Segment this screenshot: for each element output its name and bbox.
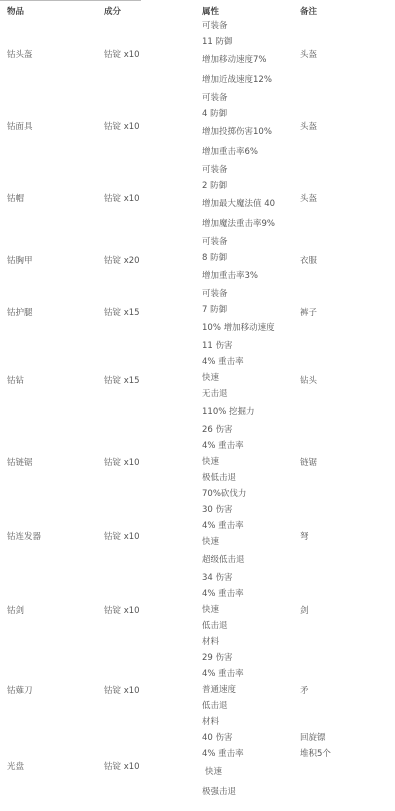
attribute: 增加最大魔法值 40 [202,194,300,214]
attribute: 29 伤害 [202,650,300,666]
item-name: 钴护腿 [7,306,33,318]
attribute: 可装备 [202,18,300,34]
table-row: 钴剑 钴锭 x10 34 伤害 4% 重击率 快速 低击退 材料 剑 [0,570,395,650]
header-ingredients: 成分 [104,5,121,17]
header-notes: 备注 [300,5,317,17]
item-notes: 弩 [300,530,309,542]
table-row: 钴胸甲 钴锭 x20 可装备 8 防御 增加重击率3% 衣服 [0,234,395,286]
table-row: 钴头盔 钴锭 x10 可装备 11 防御 增加移动速度7% 增加近战速度12% … [0,18,395,90]
attribute: 110% 挖掘力 [202,402,300,422]
attribute: 26 伤害 [202,422,300,438]
attribute: 可装备 [202,162,300,178]
item-ingredients: 钴锭 x15 [104,306,140,318]
item-ingredients: 钴锭 x10 [104,604,140,616]
item-attributes: 29 伤害 4% 重击率 普通速度 低击退 材料 [202,650,300,730]
attribute: 快速 [202,762,300,782]
attribute: 快速 [202,602,300,618]
table-row: 光盘 钴锭 x10 40 伤害 4% 重击率 快速 极强击退 回旋镖 堆积5个 [0,730,395,802]
item-attributes: 30 伤害 4% 重击率 快速 超级低击退 [202,502,300,570]
item-attributes: 26 伤害 4% 重击率 快速 极低击退 70%砍伐力 [202,422,300,502]
item-notes: 链锯 [300,456,317,468]
attribute: 2 防御 [202,178,300,194]
table-row: 钴护腿 钴锭 x15 可装备 7 防御 10% 增加移动速度 裤子 [0,286,395,338]
attribute: 低击退 [202,698,300,714]
table-header: 物品 成分 属性 备注 [0,0,395,18]
items-table: 物品 成分 属性 备注 钴头盔 钴锭 x10 可装备 11 防御 增加移动速度7… [0,0,395,802]
attribute: 增加投掷伤害10% [202,122,300,142]
attribute: 8 防御 [202,250,300,266]
item-notes: 裤子 [300,306,317,318]
attribute: 可装备 [202,234,300,250]
item-name: 钴钻 [7,374,24,386]
item-name: 钴帽 [7,192,24,204]
attribute: 4% 重击率 [202,746,300,762]
table-row: 钴链锯 钴锭 x10 26 伤害 4% 重击率 快速 极低击退 70%砍伐力 链… [0,422,395,502]
item-name: 钴剑 [7,604,24,616]
item-ingredients: 钴锭 x10 [104,192,140,204]
attribute: 快速 [202,454,300,470]
item-name: 钴头盔 [7,48,33,60]
item-name: 钴链锯 [7,456,33,468]
item-name: 钴胸甲 [7,254,33,266]
attribute: 极低击退 [202,470,300,486]
note-line: 堆积5个 [300,746,331,762]
item-name: 光盘 [7,760,24,772]
item-notes: 剑 [300,604,309,616]
item-attributes: 40 伤害 4% 重击率 快速 极强击退 [202,730,300,802]
attribute: 增加近战速度12% [202,70,300,90]
item-ingredients: 钴锭 x10 [104,530,140,542]
table-row: 钴钻 钴锭 x15 11 伤害 4% 重击率 快速 无击退 110% 挖掘力 钻… [0,338,395,422]
table-row: 钴面具 钴锭 x10 可装备 4 防御 增加投掷伤害10% 增加重击率6% 头盔 [0,90,395,162]
attribute: 超级低击退 [202,550,300,570]
note-line: 回旋镖 [300,730,331,746]
attribute: 普通速度 [202,682,300,698]
attribute: 增加移动速度7% [202,50,300,70]
attribute: 可装备 [202,90,300,106]
header-item: 物品 [7,5,24,17]
attribute: 4% 重击率 [202,438,300,454]
attribute: 11 伤害 [202,338,300,354]
attribute: 材料 [202,714,300,730]
item-name: 钴面具 [7,120,33,132]
attribute: 4% 重击率 [202,666,300,682]
attribute: 快速 [202,534,300,550]
attribute: 4% 重击率 [202,586,300,602]
table-row: 钴帽 钴锭 x10 可装备 2 防御 增加最大魔法值 40 增加魔法重击率9% … [0,162,395,234]
item-attributes: 可装备 7 防御 10% 增加移动速度 [202,286,300,338]
item-notes: 衣服 [300,254,317,266]
item-attributes: 11 伤害 4% 重击率 快速 无击退 110% 挖掘力 [202,338,300,422]
attribute: 4% 重击率 [202,354,300,370]
item-ingredients: 钴锭 x10 [104,120,140,132]
item-attributes: 可装备 8 防御 增加重击率3% [202,234,300,286]
item-notes: 钻头 [300,374,317,386]
item-ingredients: 钴锭 x15 [104,374,140,386]
header-attributes: 属性 [202,5,219,17]
attribute: 40 伤害 [202,730,300,746]
attribute: 快速 [202,370,300,386]
item-notes: 矛 [300,684,309,696]
attribute: 10% 增加移动速度 [202,318,300,338]
attribute: 增加重击率3% [202,266,300,286]
item-notes: 头盔 [300,192,317,204]
attribute: 无击退 [202,386,300,402]
attribute: 30 伤害 [202,502,300,518]
item-notes: 头盔 [300,120,317,132]
item-attributes: 可装备 4 防御 增加投掷伤害10% 增加重击率6% [202,90,300,162]
item-ingredients: 钴锭 x20 [104,254,140,266]
attribute: 增加重击率6% [202,142,300,162]
attribute: 11 防御 [202,34,300,50]
item-name: 钴连发器 [7,530,41,542]
item-notes: 回旋镖 堆积5个 [300,730,331,762]
item-ingredients: 钴锭 x10 [104,760,140,772]
attribute: 7 防御 [202,302,300,318]
item-ingredients: 钴锭 x10 [104,684,140,696]
attribute: 增加魔法重击率9% [202,214,300,234]
item-attributes: 34 伤害 4% 重击率 快速 低击退 材料 [202,570,300,650]
table-row: 钴连发器 钴锭 x10 30 伤害 4% 重击率 快速 超级低击退 弩 [0,502,395,570]
attribute: 4% 重击率 [202,518,300,534]
attribute: 低击退 [202,618,300,634]
item-ingredients: 钴锭 x10 [104,456,140,468]
attribute: 材料 [202,634,300,650]
item-name: 钴薙刀 [7,684,33,696]
item-ingredients: 钴锭 x10 [104,48,140,60]
attribute: 极强击退 [202,782,300,802]
attribute: 34 伤害 [202,570,300,586]
item-attributes: 可装备 2 防御 增加最大魔法值 40 增加魔法重击率9% [202,162,300,234]
attribute: 4 防御 [202,106,300,122]
table-row: 钴薙刀 钴锭 x10 29 伤害 4% 重击率 普通速度 低击退 材料 矛 [0,650,395,730]
item-attributes: 可装备 11 防御 增加移动速度7% 增加近战速度12% [202,18,300,90]
item-notes: 头盔 [300,48,317,60]
attribute: 70%砍伐力 [202,486,300,502]
attribute: 可装备 [202,286,300,302]
